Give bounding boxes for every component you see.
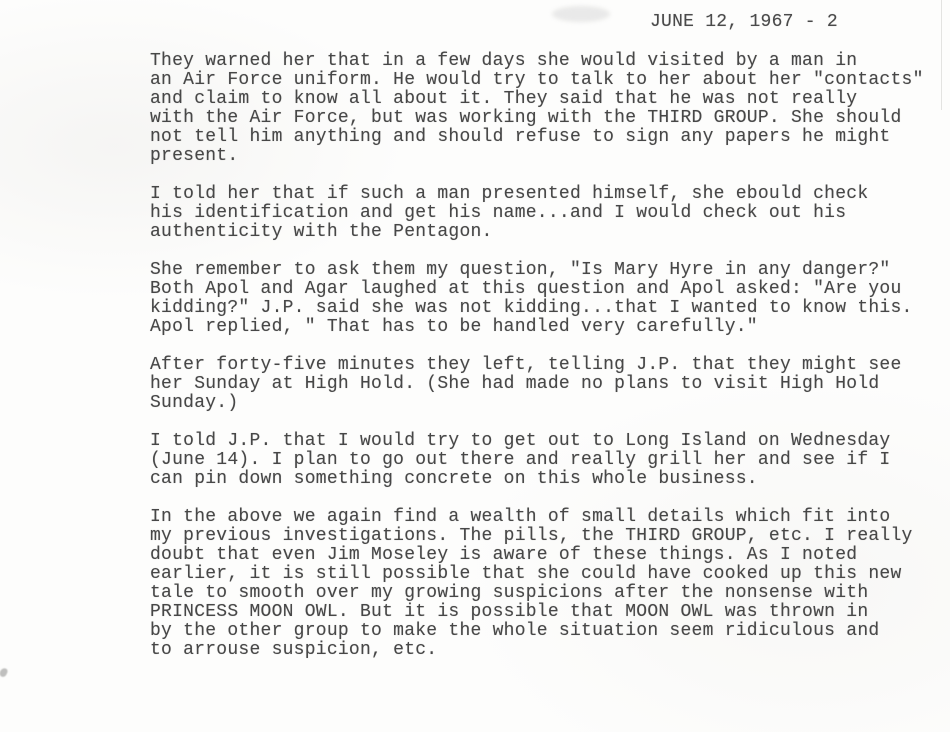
document-body: They warned her that in a few days she w… — [150, 52, 950, 679]
paragraph-2: I told her that if such a man presented … — [150, 185, 950, 242]
page-header-date: JUNE 12, 1967 - 2 — [650, 13, 838, 32]
document-page: JUNE 12, 1967 - 2 They warned her that i… — [0, 0, 950, 732]
scan-smudge — [552, 6, 610, 22]
paragraph-3: She remember to ask them my question, "I… — [150, 261, 950, 337]
paragraph-5: I told J.P. that I would try to get out … — [150, 432, 950, 489]
paragraph-4: After forty-five minutes they left, tell… — [150, 356, 950, 413]
scan-speck — [0, 667, 9, 678]
paragraph-1: They warned her that in a few days she w… — [150, 52, 950, 166]
paragraph-6: In the above we again find a wealth of s… — [150, 508, 950, 660]
